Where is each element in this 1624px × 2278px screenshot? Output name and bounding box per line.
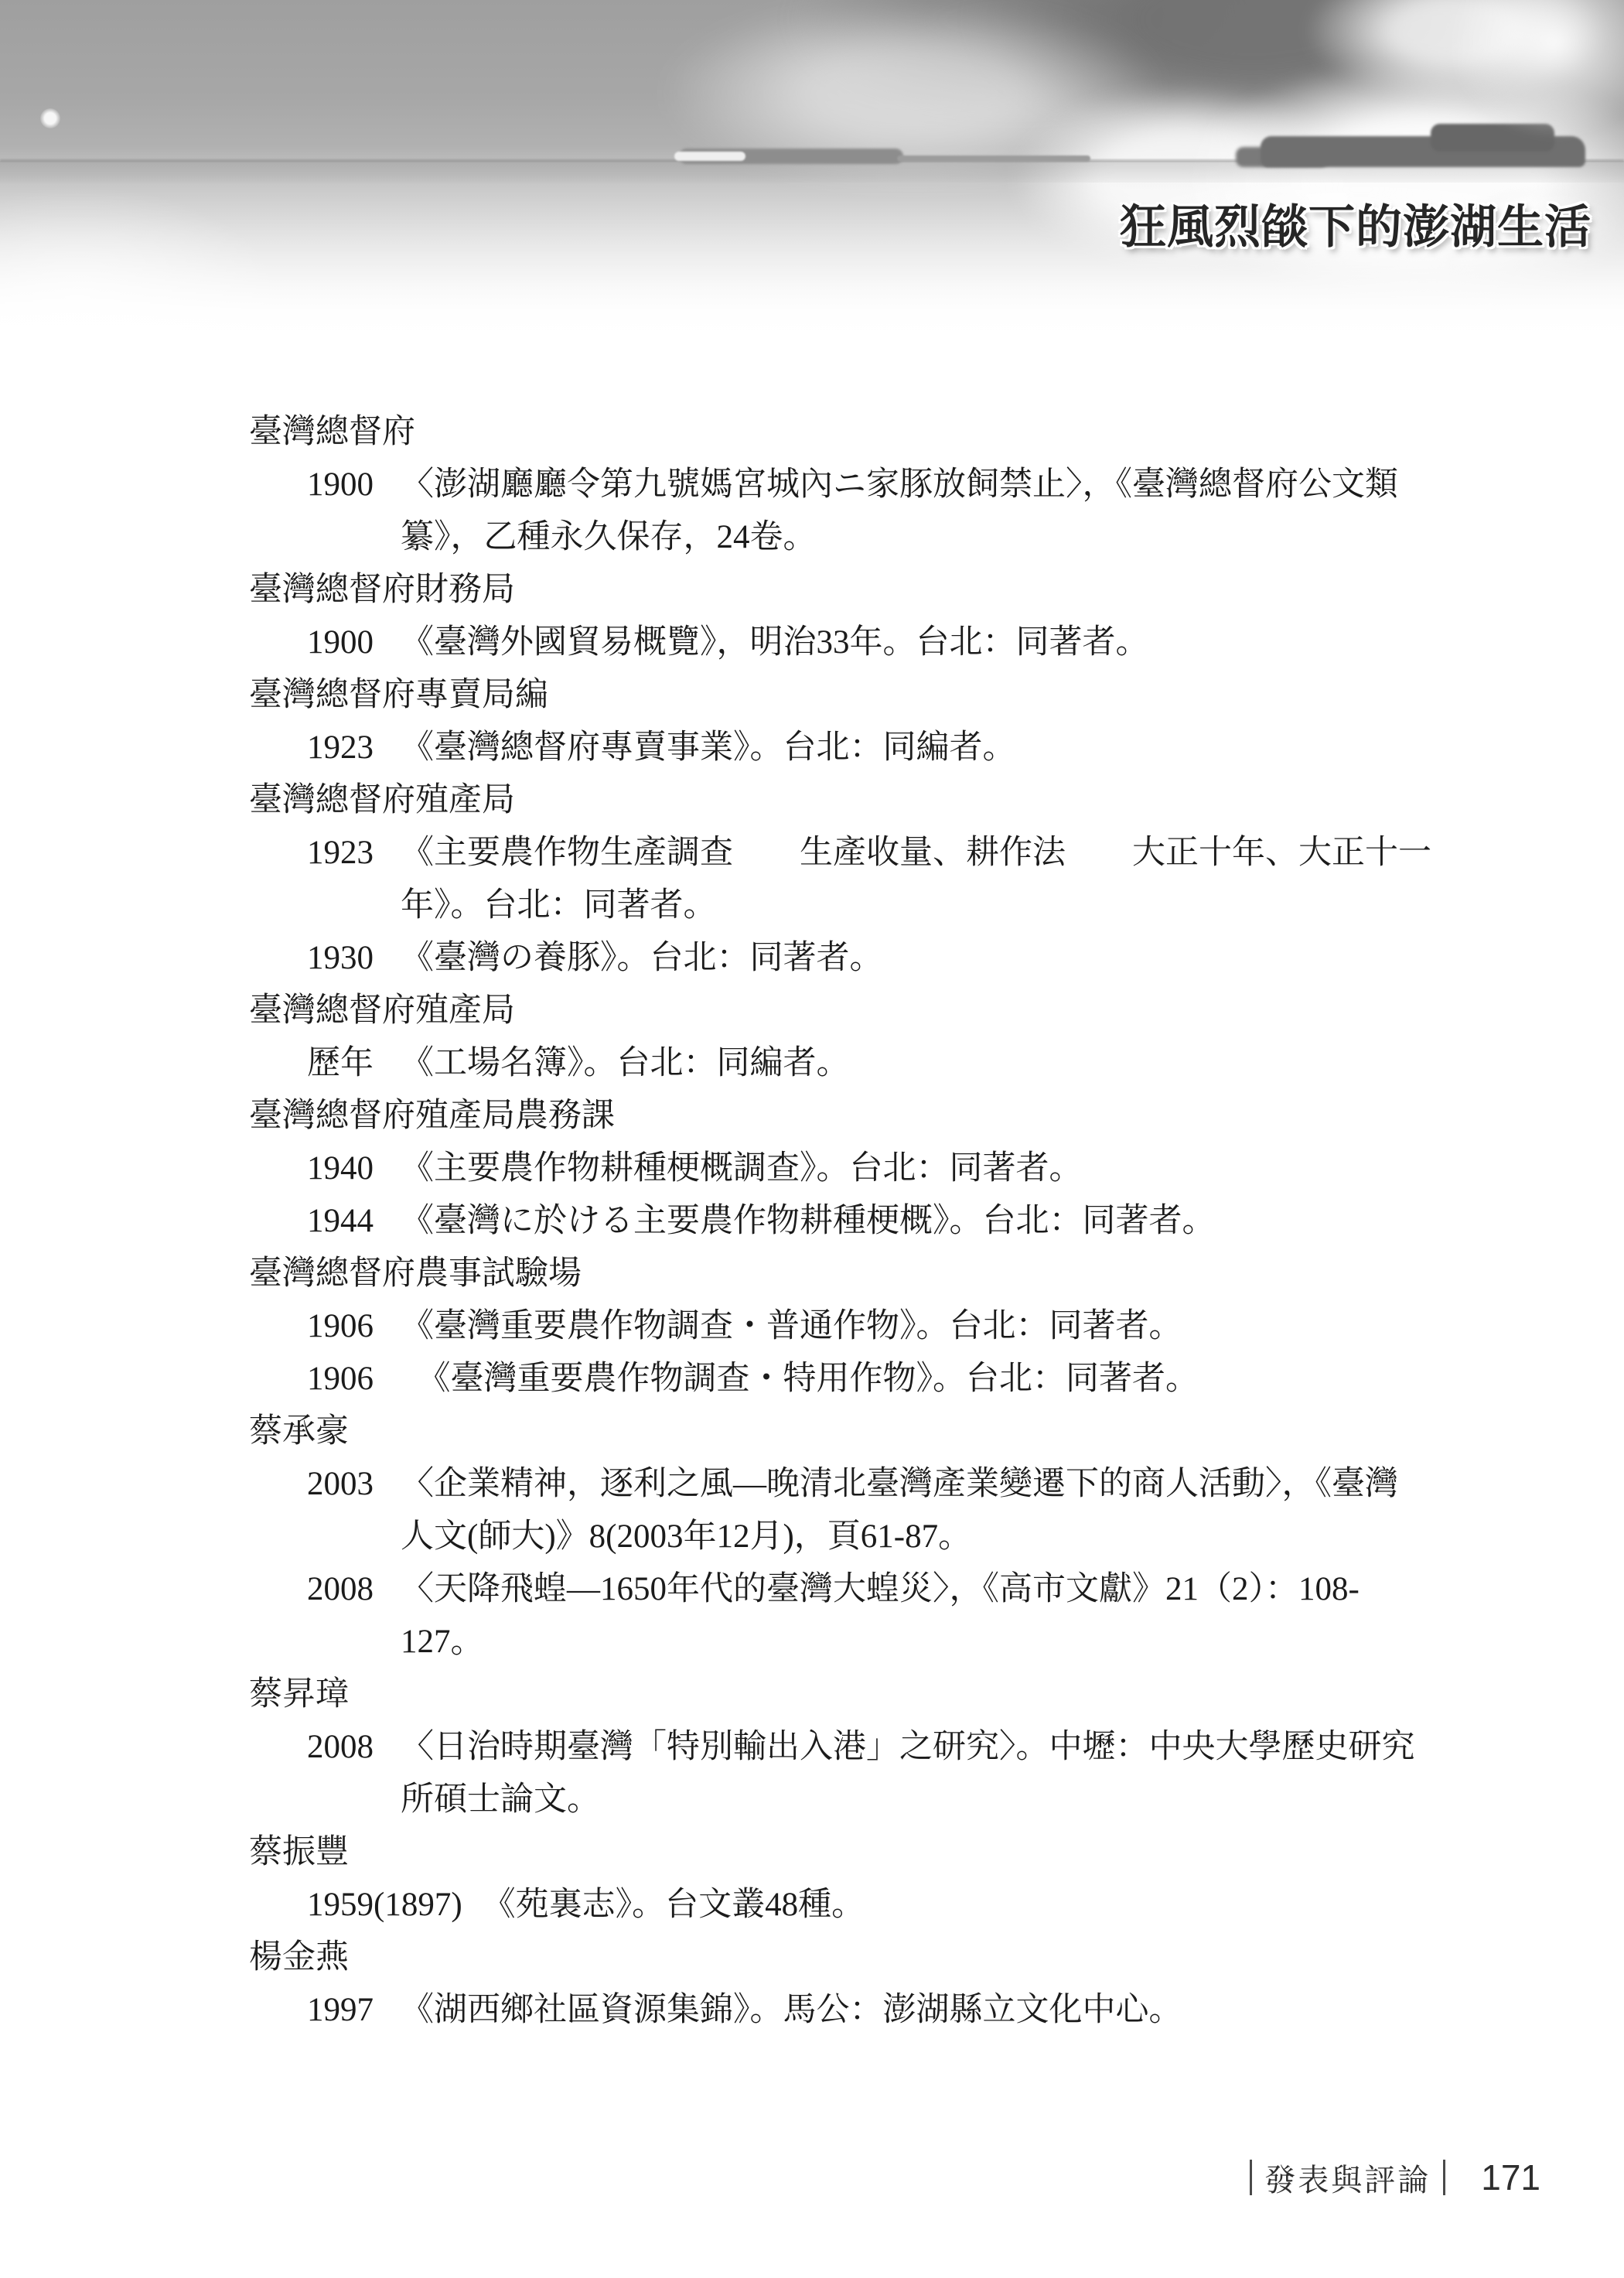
entry-year: 1930 [307,932,401,985]
bibliography-author: 臺灣總督府農事試驗場 [249,1248,1517,1300]
bibliography-entry-line: 1923《臺灣總督府專賣事業》。台北：同編者。 [249,722,1517,774]
bibliography-entry-continuation: 所碩士論文。 [249,1774,1517,1826]
entry-year: 1906 [307,1353,401,1405]
bibliography-entry-line: 1930《臺灣の養豚》。台北：同著者。 [249,932,1517,985]
bibliography-author: 蔡振豐 [249,1826,1517,1879]
bibliography-entry-line: 1944《臺灣に於ける主要農作物耕種梗概》。台北：同著者。 [249,1195,1517,1248]
bibliography-entry-line: 1906《臺灣重要農作物調查・普通作物》。台北：同著者。 [249,1300,1517,1353]
bibliography-entry-line: 2003〈企業精神，逐利之風—晚清北臺灣產業變遷下的商人活動〉，《臺灣 [249,1458,1517,1511]
document-page: 狂風烈燄下的澎湖生活 臺灣總督府1900〈澎湖廳廳令第九號媽宮城內ニ家豚放飼禁止… [0,0,1624,2278]
bibliography-author: 臺灣總督府殖產局 [249,985,1517,1037]
bibliography-entry-line: 歷年《工場名簿》。台北：同編者。 [249,1037,1517,1090]
entry-year: 1906 [307,1300,401,1353]
bibliography-entry-line: 2008〈日治時期臺灣「特別輸出入港」之研究〉。中壢：中央大學歷史研究 [249,1721,1517,1774]
bibliography-entry-continuation: 纂》，乙種永久保存，24卷。 [249,511,1517,564]
page-title: 狂風烈燄下的澎湖生活 [1120,190,1592,257]
bibliography-entry-continuation: 127。 [249,1616,1517,1668]
page-number: 171 [1481,2157,1540,2198]
entry-year: 2008 [307,1721,401,1774]
header-photo: 狂風烈燄下的澎湖生活 [0,0,1624,350]
bibliography-author: 楊金燕 [249,1931,1517,1984]
footer-divider [1250,2160,1252,2195]
bibliography-entry-line: 1923《主要農作物生產調查 生產收量、耕作法 大正十年、大正十一 [249,827,1517,879]
entry-year: 歷年 [307,1037,401,1090]
bibliography-entry-line: 1906 《臺灣重要農作物調查・特用作物》。台北：同著者。 [249,1353,1517,1405]
bibliography-entry-continuation: 年》。台北：同著者。 [249,879,1517,932]
bibliography-entry-continuation: 人文(師大)》8(2003年12月)，頁61-87。 [249,1511,1517,1563]
bibliography-entry-line: 2008〈天降飛蝗—1650年代的臺灣大蝗災〉，《高市文獻》21（2）：108- [249,1563,1517,1616]
entry-year: 1923 [307,827,401,879]
footer-divider [1443,2160,1445,2195]
photo-fade [0,0,1624,350]
entry-year: 1944 [307,1195,401,1248]
bibliography-author: 蔡昇璋 [249,1668,1517,1721]
page-footer: 發表與評論 171 [1250,2153,1540,2202]
bibliography-author: 臺灣總督府 [249,406,1517,459]
entry-year: 1923 [307,722,401,774]
bibliography-entry-line: 1959(1897)《苑裏志》。台文叢48種。 [249,1879,1517,1931]
bibliography-author: 臺灣總督府專賣局編 [249,669,1517,722]
entry-year: 1997 [307,1984,401,2037]
bibliography-author: 臺灣總督府財務局 [249,564,1517,616]
entry-year: 1900 [307,459,401,511]
footer-section-label: 發表與評論 [1264,2156,1431,2200]
entry-year: 2008 [307,1563,401,1616]
bibliography-entry-line: 1900〈澎湖廳廳令第九號媽宮城內ニ家豚放飼禁止〉，《臺灣總督府公文類 [249,459,1517,511]
bibliography: 臺灣總督府1900〈澎湖廳廳令第九號媽宮城內ニ家豚放飼禁止〉，《臺灣總督府公文類… [249,406,1517,2037]
bibliography-entry-line: 1900《臺灣外國貿易概覽》，明治33年。台北：同著者。 [249,616,1517,669]
entry-year: 1940 [307,1142,401,1195]
bibliography-author: 臺灣總督府殖產局 [249,774,1517,827]
bibliography-author: 臺灣總督府殖產局農務課 [249,1090,1517,1142]
bibliography-entry-line: 1997《湖西鄉社區資源集錦》。馬公：澎湖縣立文化中心。 [249,1984,1517,2037]
bibliography-entry-line: 1940《主要農作物耕種梗概調查》。台北：同著者。 [249,1142,1517,1195]
entry-year: 1900 [307,616,401,669]
entry-year: 2003 [307,1458,401,1511]
bibliography-author: 蔡承豪 [249,1405,1517,1458]
entry-year: 1959(1897) [307,1879,483,1931]
